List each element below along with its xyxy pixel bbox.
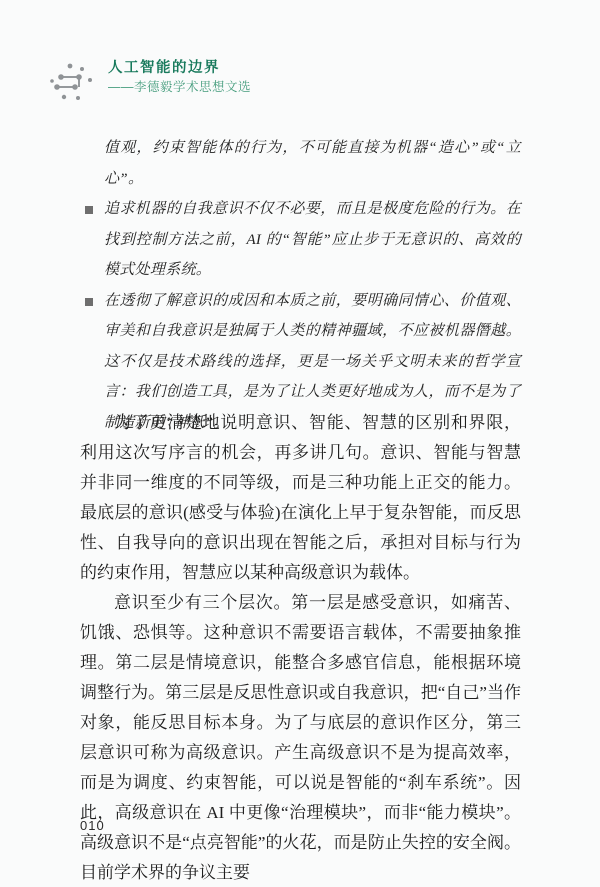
square-bullet-icon: [85, 286, 104, 317]
body-text-section: 为了更清楚地说明意识、智能、智慧的区别和界限，利用这次写序言的机会，再多讲几句。…: [80, 408, 521, 887]
body-paragraph: 为了更清楚地说明意识、智能、智慧的区别和界限，利用这次写序言的机会，再多讲几句。…: [80, 408, 521, 588]
bullet-text: 追求机器的自我意识不仅不必要，而且是极度危险的行为。在找到控制方法之前，AI 的…: [104, 194, 521, 286]
square-bullet-icon: [85, 194, 104, 225]
page-number: 010: [80, 818, 105, 833]
bullet-quote-section: 值观，约束智能体的行为，不可能直接为机器“造心”或“立心”。 追求机器的自我意识…: [85, 133, 521, 438]
body-paragraph: 意识至少有三个层次。第一层是感受意识，如痛苦、饥饿、恐惧等。这种意识不需要语言载…: [80, 588, 521, 887]
book-page: 人工智能的边界 ——李德毅学术思想文选 值观，约束智能体的行为，不可能直接为机器…: [0, 0, 600, 887]
page-footer: 010: [80, 818, 105, 833]
bullet-item: 追求机器的自我意识不仅不必要，而且是极度危险的行为。在找到控制方法之前，AI 的…: [85, 194, 521, 286]
bullet-continuation-text: 值观，约束智能体的行为，不可能直接为机器“造心”或“立心”。: [85, 133, 521, 194]
publisher-logo-icon: [48, 60, 94, 108]
book-subtitle: ——李德毅学术思想文选: [108, 78, 251, 96]
page-header: 人工智能的边界 ——李德毅学术思想文选: [48, 58, 251, 108]
book-title: 人工智能的边界: [108, 58, 251, 78]
header-text-block: 人工智能的边界 ——李德毅学术思想文选: [108, 58, 251, 96]
